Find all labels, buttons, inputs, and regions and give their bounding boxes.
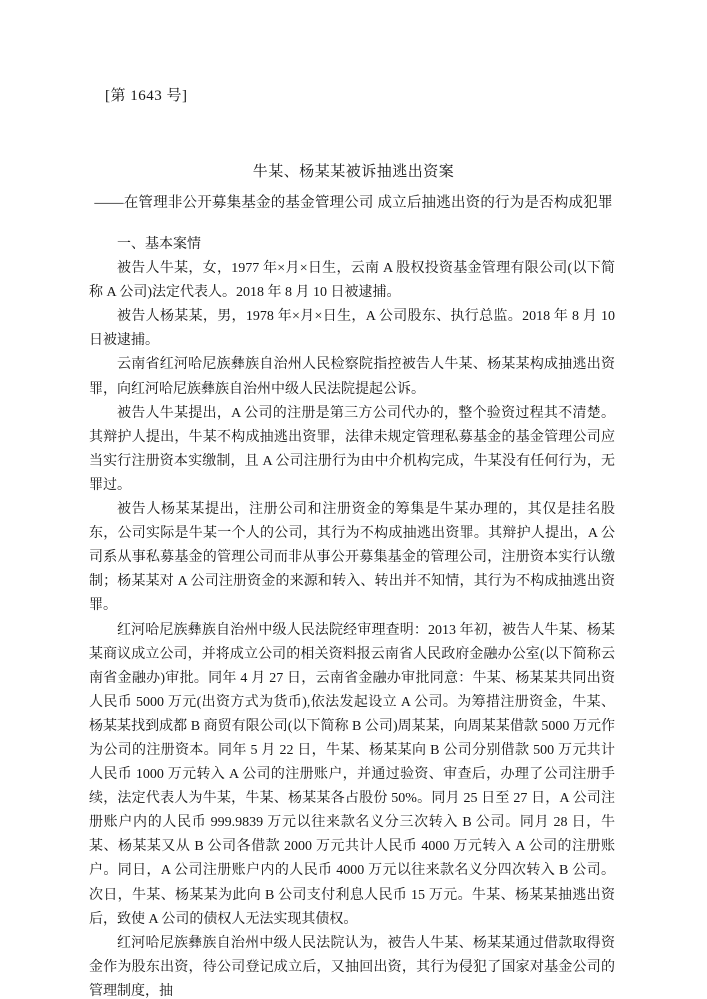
paragraph-yang-defense: 被告人杨某某提出，注册公司和注册资金的筹集是牛某办理的，其仅是挂名股东，公司实际… — [89, 498, 615, 618]
document-number: [第 1643 号] — [105, 84, 188, 105]
case-title: 牛某、杨某某被诉抽逃出资案 — [0, 160, 707, 181]
paragraph-prosecution: 云南省红河哈尼族彝族自治州人民检察院指控被告人牛某、杨某某构成抽逃出资罪，向红河… — [89, 353, 615, 401]
paragraph-defendant-niu: 被告人牛某，女，1977 年×月×日生，云南 A 股权投资基金管理有限公司(以下… — [89, 257, 615, 305]
paragraph-defendant-yang: 被告人杨某某，男，1978 年×月×日生，A 公司股东、执行总监。2018 年 … — [89, 305, 615, 353]
paragraph-court-findings: 红河哈尼族彝族自治州中级人民法院经审理查明：2013 年初，被告人牛某、杨某某商… — [89, 619, 615, 932]
document-body: 一、基本案情 被告人牛某，女，1977 年×月×日生，云南 A 股权投资基金管理… — [89, 233, 615, 999]
case-subtitle: ——在管理非公开募集基金的基金管理公司 成立后抽逃出资的行为是否构成犯罪 — [0, 191, 707, 212]
paragraph-court-opinion: 红河哈尼族彝族自治州中级人民法院认为，被告人牛某、杨某某通过借款取得资金作为股东… — [89, 932, 615, 999]
section-heading-basic-facts: 一、基本案情 — [89, 233, 615, 257]
document-page: [第 1643 号] 牛某、杨某某被诉抽逃出资案 ——在管理非公开募集基金的基金… — [0, 0, 707, 999]
paragraph-niu-defense: 被告人牛某提出，A 公司的注册是第三方公司代办的，整个验资过程其不清楚。其辩护人… — [89, 402, 615, 498]
